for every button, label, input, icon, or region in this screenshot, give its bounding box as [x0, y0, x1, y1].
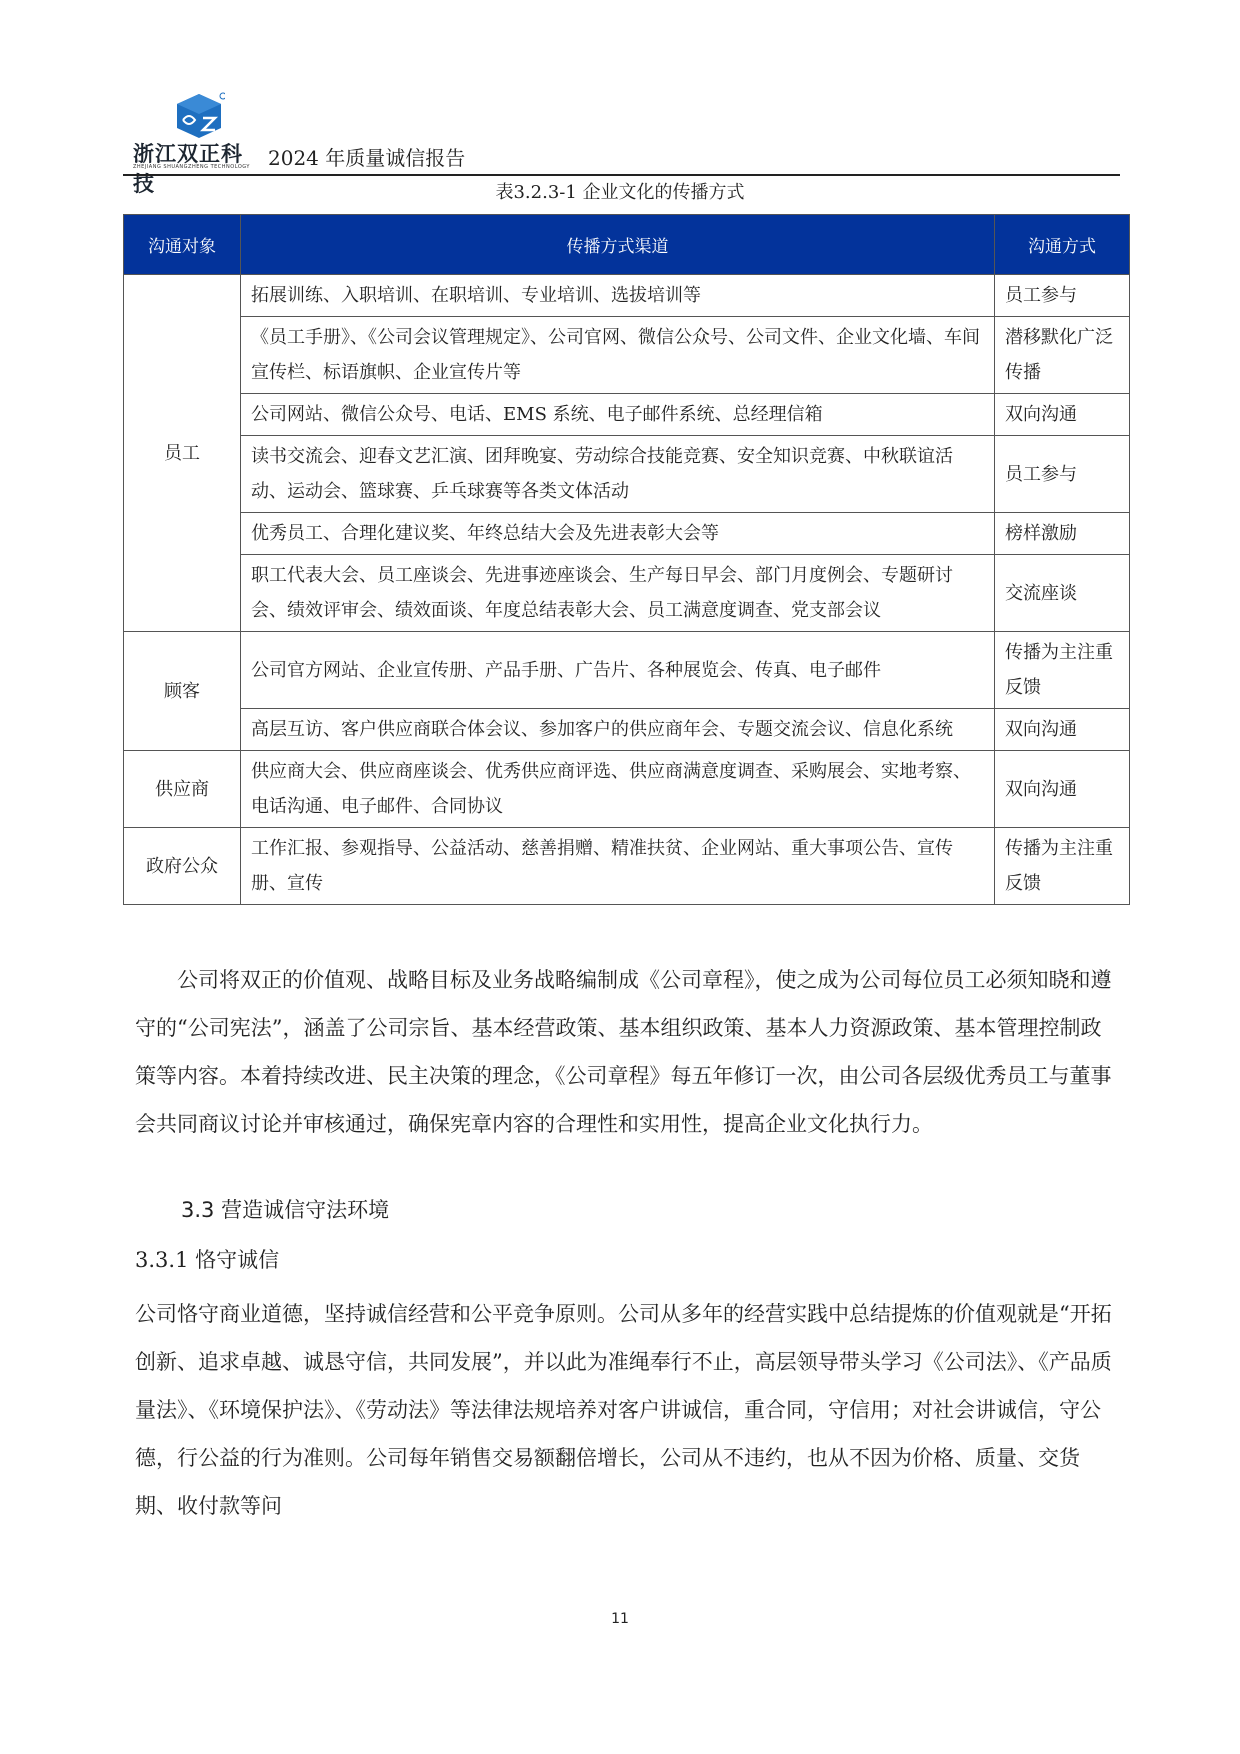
header-divider — [123, 174, 1120, 176]
paragraph-integrity: 公司恪守商业道德，坚持诚信经营和公平竞争原则。公司从多年的经营实践中总结提炼的价… — [135, 1290, 1120, 1530]
page-header: 浙江双正科技 ZHEJIANG SHUANGZHENG TECHNOLOGY 2… — [123, 82, 1120, 172]
table-row: 职工代表大会、员工座谈会、先进事迹座谈会、生产每日早会、部门月度例会、专题研讨会… — [124, 555, 1130, 632]
method-cell: 榜样激励 — [995, 513, 1130, 555]
logo-en-text: ZHEJIANG SHUANGZHENG TECHNOLOGY — [133, 164, 250, 170]
company-logo: 浙江双正科技 ZHEJIANG SHUANGZHENG TECHNOLOGY — [123, 82, 263, 172]
channel-cell: 优秀员工、合理化建议奖、年终总结大会及先进表彰大会等 — [241, 513, 995, 555]
page-number: 11 — [0, 1611, 1240, 1627]
channel-cell: 《员工手册》、《公司会议管理规定》、公司官网、微信公众号、公司文件、企业文化墙、… — [241, 317, 995, 394]
logo-cube-icon — [173, 92, 225, 140]
channel-cell: 高层互访、客户供应商联合体会议、参加客户的供应商年会、专题交流会议、信息化系统 — [241, 709, 995, 751]
method-cell: 双向沟通 — [995, 751, 1130, 828]
table-row: 高层互访、客户供应商联合体会议、参加客户的供应商年会、专题交流会议、信息化系统 … — [124, 709, 1130, 751]
section-heading-3-3: 3.3 营造诚信守法环境 — [181, 1194, 389, 1224]
column-header-channel: 传播方式渠道 — [241, 215, 995, 275]
channel-cell: 公司网站、微信公众号、电话、EMS 系统、电子邮件系统、总经理信箱 — [241, 394, 995, 436]
subsection-heading-3-3-1: 3.3.1 恪守诚信 — [135, 1244, 279, 1274]
target-cell-government-public: 政府公众 — [124, 828, 241, 905]
method-cell: 传播为主注重反馈 — [995, 632, 1130, 709]
method-cell: 双向沟通 — [995, 709, 1130, 751]
table-header-row: 沟通对象 传播方式渠道 沟通方式 — [124, 215, 1130, 275]
method-cell: 潜移默化广泛传播 — [995, 317, 1130, 394]
channel-cell: 供应商大会、供应商座谈会、优秀供应商评选、供应商满意度调查、采购展会、实地考察、… — [241, 751, 995, 828]
table-row: 供应商 供应商大会、供应商座谈会、优秀供应商评选、供应商满意度调查、采购展会、实… — [124, 751, 1130, 828]
method-cell: 交流座谈 — [995, 555, 1130, 632]
table-row: 优秀员工、合理化建议奖、年终总结大会及先进表彰大会等 榜样激励 — [124, 513, 1130, 555]
channel-cell: 公司官方网站、企业宣传册、产品手册、广告片、各种展览会、传真、电子邮件 — [241, 632, 995, 709]
column-header-method: 沟通方式 — [995, 215, 1130, 275]
table-row: 政府公众 工作汇报、参观指导、公益活动、慈善捐赠、精准扶贫、企业网站、重大事项公… — [124, 828, 1130, 905]
method-cell: 双向沟通 — [995, 394, 1130, 436]
target-cell-customers: 顾客 — [124, 632, 241, 751]
table-row: 顾客 公司官方网站、企业宣传册、产品手册、广告片、各种展览会、传真、电子邮件 传… — [124, 632, 1130, 709]
table-row: 《员工手册》、《公司会议管理规定》、公司官网、微信公众号、公司文件、企业文化墙、… — [124, 317, 1130, 394]
method-cell: 员工参与 — [995, 436, 1130, 513]
table-row: 读书交流会、迎春文艺汇演、团拜晚宴、劳动综合技能竞赛、安全知识竞赛、中秋联谊活动… — [124, 436, 1130, 513]
column-header-target: 沟通对象 — [124, 215, 241, 275]
target-cell-employees: 员工 — [124, 275, 241, 632]
target-cell-suppliers: 供应商 — [124, 751, 241, 828]
culture-communication-table: 沟通对象 传播方式渠道 沟通方式 员工 拓展训练、入职培训、在职培训、专业培训、… — [123, 214, 1130, 905]
table-row: 员工 拓展训练、入职培训、在职培训、专业培训、选拔培训等 员工参与 — [124, 275, 1130, 317]
table-caption: 表3.2.3-1 企业文化的传播方式 — [0, 178, 1240, 204]
paragraph-company-charter: 公司将双正的价值观、战略目标及业务战略编制成《公司章程》，使之成为公司每位员工必… — [135, 956, 1120, 1148]
report-title: 2024 年质量诚信报告 — [268, 142, 465, 171]
channel-cell: 工作汇报、参观指导、公益活动、慈善捐赠、精准扶贫、企业网站、重大事项公告、宣传册… — [241, 828, 995, 905]
table-row: 公司网站、微信公众号、电话、EMS 系统、电子邮件系统、总经理信箱 双向沟通 — [124, 394, 1130, 436]
method-cell: 传播为主注重反馈 — [995, 828, 1130, 905]
channel-cell: 职工代表大会、员工座谈会、先进事迹座谈会、生产每日早会、部门月度例会、专题研讨会… — [241, 555, 995, 632]
method-cell: 员工参与 — [995, 275, 1130, 317]
channel-cell: 读书交流会、迎春文艺汇演、团拜晚宴、劳动综合技能竞赛、安全知识竞赛、中秋联谊活动… — [241, 436, 995, 513]
channel-cell: 拓展训练、入职培训、在职培训、专业培训、选拔培训等 — [241, 275, 995, 317]
